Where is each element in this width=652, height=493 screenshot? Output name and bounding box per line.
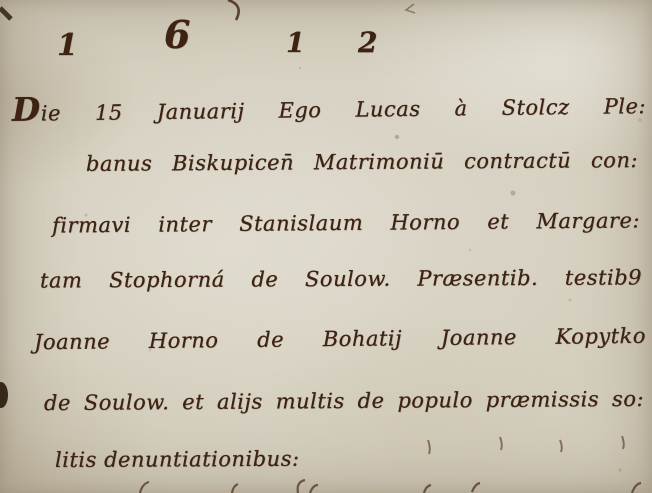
flourish-ticks — [428, 436, 624, 454]
manuscript-line-3: firmavi inter Stanislaum Horno et Margar… — [52, 207, 640, 238]
manuscript-line-6: de Soulow. et alijs multis de populo præ… — [44, 386, 644, 416]
manuscript-page: 1 6 1 2 Die 15 Januarij Ego Lucas à Stol… — [0, 0, 652, 493]
manuscript-line-7: litis denuntiationibus: — [55, 445, 455, 473]
manuscript-line-4: tam Stophorná de Soulow. Præsentib. test… — [40, 264, 642, 293]
stray-mark-chevron — [406, 4, 415, 13]
next-line-cutoff-strokes — [140, 480, 641, 493]
year-digit-2: 6 — [164, 12, 191, 57]
year-digit-3: 1 — [286, 28, 306, 59]
page-edge-mark-top-left — [0, 8, 11, 19]
stray-stroke-top — [228, 0, 239, 20]
manuscript-line-2: banus Biskupicen̄ Matrimoniū contractū c… — [86, 147, 638, 177]
ink-blot-left-edge — [0, 382, 8, 408]
year-digit-4: 2 — [358, 26, 378, 59]
page-artifacts — [0, 0, 652, 493]
year-digit-1: 1 — [57, 28, 79, 63]
manuscript-line-5: Joanne Horno de Bohatij Joanne Kopytko — [34, 323, 646, 356]
manuscript-line-1: Die 15 Januarij Ego Lucas à Stolcz Ple: — [12, 82, 646, 130]
